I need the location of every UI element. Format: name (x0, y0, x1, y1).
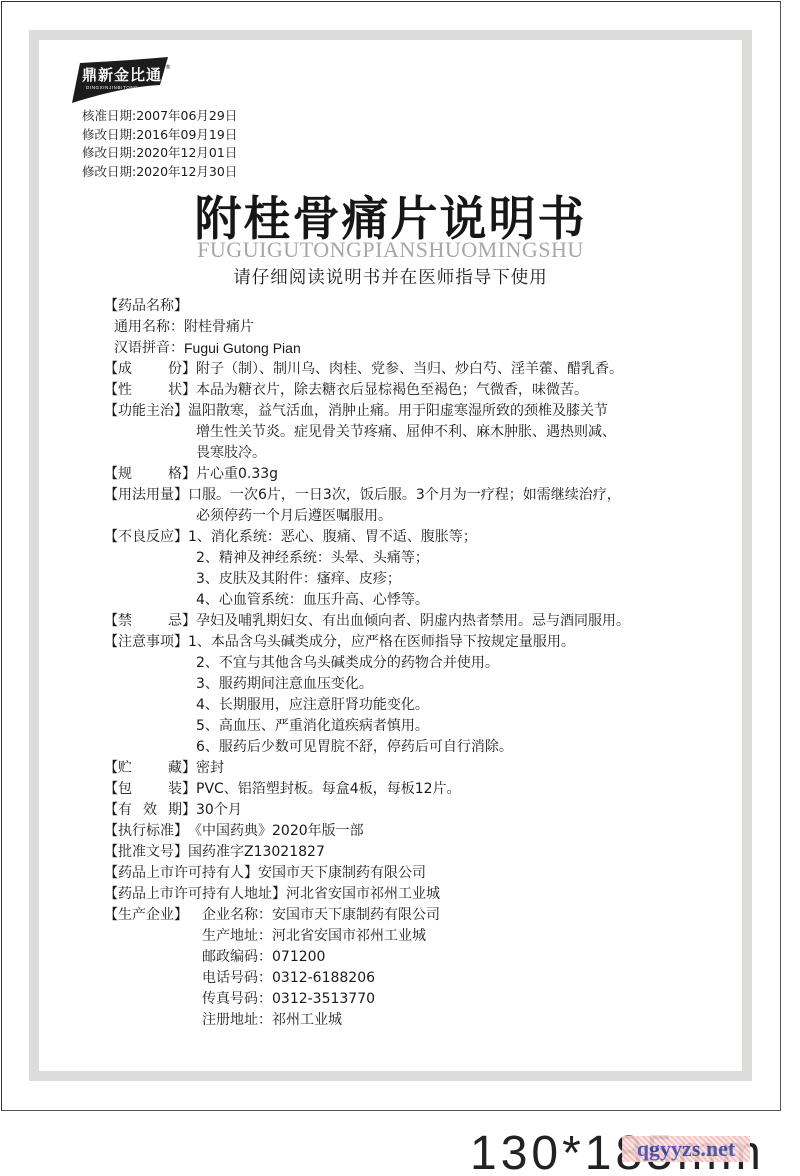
section-manufacturer: 【生产企业】 企业名称： 安国市天下康制药有限公司 (104, 905, 704, 926)
field-label: 汉语拼音： (114, 338, 184, 359)
title-pinyin: FUGUIGUTONGPIANSHUOMINGSHU (0, 237, 781, 263)
section-value-line: 2、精神及神经系统：头晕、头痛等； (104, 548, 704, 569)
manufacturer-row: 传真号码： 0312-3513770 (104, 989, 704, 1010)
section-ingredients: 【成 份】 附子（制）、制川乌、肉桂、党参、当归、炒白芍、淫羊藿、醋乳香。 (104, 359, 704, 380)
section-value-line: 5、高血压、严重消化道疾病者慎用。 (104, 716, 704, 737)
field-value: 0312-3513770 (272, 989, 375, 1010)
field-label: 传真号码： (202, 989, 272, 1010)
section-label: 【生产企业】 (104, 905, 202, 926)
section-value: 本品为糖衣片，除去糖衣后显棕褐色至褐色；气微香，味微苦。 (196, 380, 704, 401)
section-label: 【成 份】 (104, 359, 196, 380)
field-value: 071200 (272, 947, 325, 968)
manufacturer-row: 邮政编码： 071200 (104, 947, 704, 968)
section-value: 附子（制）、制川乌、肉桂、党参、当归、炒白芍、淫羊藿、醋乳香。 (196, 359, 704, 380)
brand-logo: 鼎新金比通 DINGXINJINBITONG (72, 57, 172, 103)
leaflet-body: 【 药品名称 】 通用名称： 附桂骨痛片 汉语拼音： Fugui Gutong … (104, 296, 704, 1031)
section-value-line: 4、长期服用，应注意肝肾功能变化。 (104, 695, 704, 716)
section-value: 密封 (196, 758, 704, 779)
generic-name: 附桂骨痛片 (184, 317, 254, 338)
revision-date: 修改日期:2020年12月30日 (82, 163, 237, 182)
watermark: qgyyzs.net (622, 1136, 750, 1162)
section-description: 【性 状】 本品为糖衣片，除去糖衣后显棕褐色至褐色；气微香，味微苦。 (104, 380, 704, 401)
field-label: 生产地址： (202, 926, 272, 947)
section-shelf-life: 【有 效 期】 30个月 (104, 800, 704, 821)
field-label: 邮政编码： (202, 947, 272, 968)
section-dosage: 【用法用量】 口服。一次6片，一日3次，饭后服。3个月为一疗程；如需继续治疗， (104, 485, 704, 506)
section-contraindications: 【禁 忌】 孕妇及哺乳期妇女、有出血倾向者、阴虚内热者禁用。忌与酒同服用。 (104, 611, 704, 632)
field-label: 电话号码： (202, 968, 272, 989)
section-value: 30个月 (196, 800, 704, 821)
section-label: 【注意事项】 (104, 632, 188, 653)
section-value: 1、本品含乌头碱类成分，应严格在医师指导下按规定量服用。 (188, 632, 704, 653)
section-value-line: 3、服药期间注意血压变化。 (104, 674, 704, 695)
field-value: 祁州工业城 (272, 1010, 342, 1031)
field-value: 0312-6188206 (272, 968, 375, 989)
section-value: 口服。一次6片，一日3次，饭后服。3个月为一疗程；如需继续治疗， (188, 485, 704, 506)
section-label: 【批准文号】 (104, 842, 188, 863)
section-mah: 【药品上市许可持有人】 安国市天下康制药有限公司 (104, 863, 704, 884)
section-value: PVC、铝箔塑封板。每盒4板，每板12片。 (196, 779, 704, 800)
section-value: 安国市天下康制药有限公司 (258, 863, 704, 884)
revision-date: 修改日期:2016年09月19日 (82, 126, 237, 145)
section-indications: 【功能主治】 温阳散寒，益气活血，消肿止痛。用于阳虚寒湿所致的颈椎及膝关节 (104, 401, 704, 422)
pinyin-row: 汉语拼音： Fugui Gutong Pian (104, 338, 704, 359)
section-value: 国药准字Z13021827 (188, 842, 704, 863)
section-value-line: 6、服药后少数可见胃脘不舒，停药后可自行消除。 (104, 737, 704, 758)
field-label: 注册地址： (202, 1010, 272, 1031)
section-label: 【药品上市许可持有人地址】 (104, 884, 286, 905)
section-value-line: 必须停药一个月后遵医嘱服用。 (104, 506, 704, 527)
section-storage: 【贮 藏】 密封 (104, 758, 704, 779)
manufacturer-row: 电话号码： 0312-6188206 (104, 968, 704, 989)
registered-mark-icon: ® (165, 64, 171, 71)
section-precautions: 【注意事项】 1、本品含乌头碱类成分，应严格在医师指导下按规定量服用。 (104, 632, 704, 653)
section-label: 药品名称 (118, 296, 174, 317)
field-label: 通用名称： (114, 317, 184, 338)
field-value: 河北省安国市祁州工业城 (272, 926, 426, 947)
section-label: 【有 效 期】 (104, 800, 196, 821)
section-specification: 【规 格】 片心重0.33g (104, 464, 704, 485)
brand-pinyin: DINGXINJINBITONG (86, 85, 138, 90)
approval-date: 核准日期:2007年06月29日 (82, 107, 237, 126)
section-value-line: 增生性关节炎。症见骨关节疼痛、屈伸不利、麻木肿胀、遇热则减、 (104, 422, 704, 443)
section-value: 片心重0.33g (196, 464, 704, 485)
section-label: 【不良反应】 (104, 527, 188, 548)
section-value-line: 4、心血管系统：血压升高、心悸等。 (104, 590, 704, 611)
section-mah-address: 【药品上市许可持有人地址】 河北省安国市祁州工业城 (104, 884, 704, 905)
section-value-line: 畏寒肢冷。 (104, 443, 704, 464)
section-approval-number: 【批准文号】 国药准字Z13021827 (104, 842, 704, 863)
section-standard: 【执行标准】 《中国药典》2020年版一部 (104, 821, 704, 842)
bracket-open: 【 (104, 296, 118, 317)
section-label: 【包 装】 (104, 779, 196, 800)
section-label: 【用法用量】 (104, 485, 188, 506)
revision-dates: 核准日期:2007年06月29日 修改日期:2016年09月19日 修改日期:2… (82, 107, 237, 181)
field-value: 安国市天下康制药有限公司 (272, 905, 440, 926)
section-label: 【禁 忌】 (104, 611, 196, 632)
section-drug-name: 【 药品名称 】 (104, 296, 704, 317)
section-value-line: 2、不宜与其他含乌头碱类成分的药物合并使用。 (104, 653, 704, 674)
section-label: 【贮 藏】 (104, 758, 196, 779)
field-label: 企业名称： (202, 905, 272, 926)
revision-date: 修改日期:2020年12月01日 (82, 144, 237, 163)
generic-name-row: 通用名称： 附桂骨痛片 (104, 317, 704, 338)
section-label: 【规 格】 (104, 464, 196, 485)
manufacturer-details: 生产地址： 河北省安国市祁州工业城 邮政编码： 071200 电话号码： 031… (104, 926, 704, 1031)
section-value: 孕妇及哺乳期妇女、有出血倾向者、阴虚内热者禁用。忌与酒同服用。 (196, 611, 704, 632)
section-value-line: 3、皮肤及其附件：瘙痒、皮疹； (104, 569, 704, 590)
manufacturer-row: 生产地址： 河北省安国市祁州工业城 (104, 926, 704, 947)
section-adverse-reactions: 【不良反应】 1、消化系统：恶心、腹痛、胃不适、腹胀等； (104, 527, 704, 548)
brand-name: 鼎新金比通 (82, 64, 162, 85)
manufacturer-row: 注册地址： 祁州工业城 (104, 1010, 704, 1031)
section-package: 【包 装】 PVC、铝箔塑封板。每盒4板，每板12片。 (104, 779, 704, 800)
section-label: 【执行标准】 (104, 821, 188, 842)
pinyin-name: Fugui Gutong Pian (184, 338, 301, 359)
section-label: 【药品上市许可持有人】 (104, 863, 258, 884)
section-value: 《中国药典》2020年版一部 (188, 821, 704, 842)
usage-notice: 请仔细阅读说明书并在医师指导下使用 (0, 264, 781, 289)
section-label: 【功能主治】 (104, 401, 188, 422)
section-value: 河北省安国市祁州工业城 (286, 884, 704, 905)
section-value: 温阳散寒，益气活血，消肿止痛。用于阳虚寒湿所致的颈椎及膝关节 (188, 401, 704, 422)
section-label: 【性 状】 (104, 380, 196, 401)
section-value: 1、消化系统：恶心、腹痛、胃不适、腹胀等； (188, 527, 704, 548)
bracket-close: 】 (174, 296, 188, 317)
